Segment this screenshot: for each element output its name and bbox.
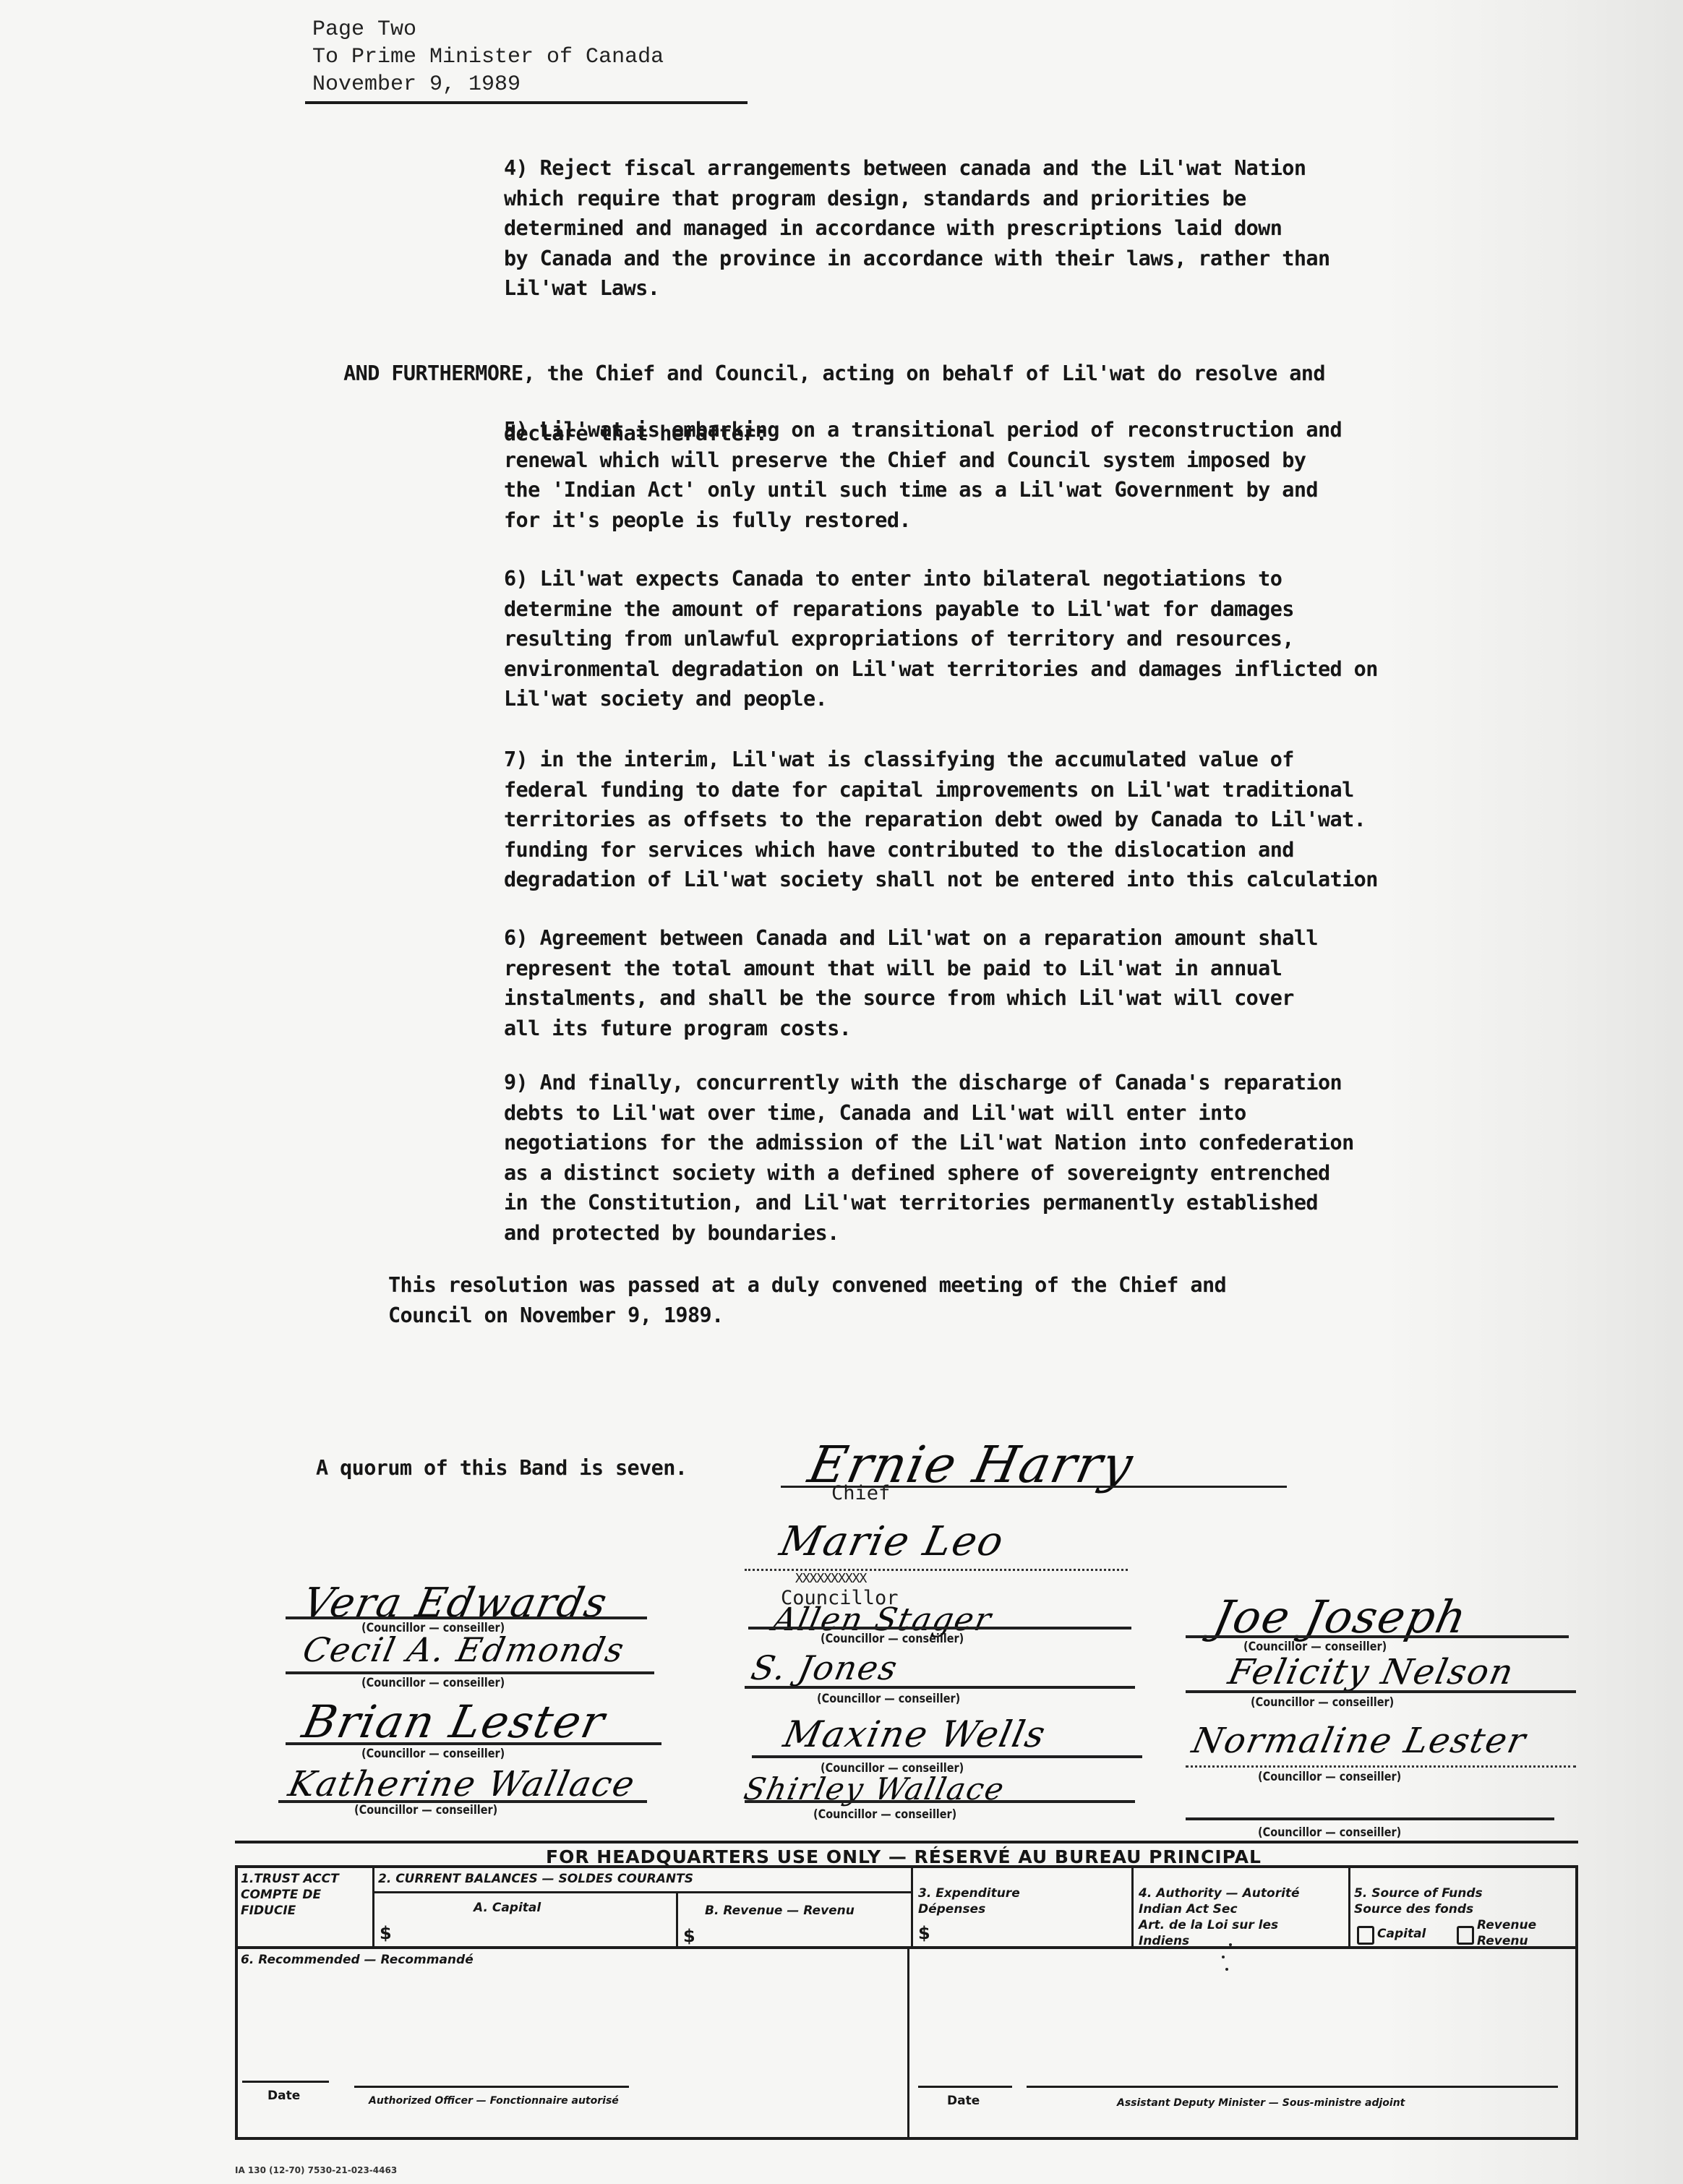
current-balances-label: 2. CURRENT BALANCES — SOLDES COURANTS — [378, 1871, 693, 1887]
scan-speck — [1225, 1968, 1228, 1971]
capital-checkbox[interactable] — [1357, 1926, 1374, 1945]
hq-form-title: FOR HEADQUARTERS USE ONLY — RÉSERVÉ AU B… — [546, 1846, 1262, 1867]
councillor-signature: S. Jones — [748, 1648, 902, 1687]
furthermore-lead: AND FURTHERMORE, the Chief and Council, … — [343, 361, 1325, 385]
councillor-signature-line — [286, 1616, 647, 1619]
councillor-caption: (Councillor — conseiller) — [361, 1676, 505, 1690]
revenue-label: B. Revenue — Revenu — [705, 1903, 855, 1919]
column-divider — [676, 1893, 678, 1946]
date-line — [918, 2086, 1012, 2088]
councillor-caption: (Councillor — conseiller) — [1251, 1695, 1394, 1710]
resolution-item-7: 7) in the interim, Lil'wat is classifyin… — [504, 745, 1574, 895]
resolution-item-5: 5) Lil'wat is embarking on a transitiona… — [504, 415, 1574, 535]
assistant-deputy-minister-label: Assistant Deputy Minister — Sous-ministr… — [1117, 2095, 1405, 2111]
councillor-signature: Vera Edwards — [299, 1580, 612, 1627]
recommended-label: 6. Recommended — Recommandé — [241, 1952, 474, 1968]
councillor-signature: Cecil A. Edmonds — [299, 1630, 628, 1669]
councillor-caption: (Councillor — conseiller) — [821, 1632, 964, 1646]
councillor-signature-line — [745, 1800, 1135, 1803]
capital-amount-field[interactable]: $ — [380, 1923, 392, 1943]
councillor-signature: Maxine Wells — [780, 1713, 1050, 1755]
councillor-caption: (Councillor — conseiller) — [361, 1747, 505, 1761]
councillor-signature-line — [1186, 1635, 1569, 1638]
recipient: To Prime Minister of Canada — [312, 43, 664, 71]
councillor-caption: (Councillor — conseiller) — [817, 1692, 960, 1706]
councillor-signature-line — [1186, 1690, 1576, 1693]
councillor-caption: (Councillor — conseiller) — [1258, 1770, 1401, 1784]
councillor-caption: (Councillor — conseiller) — [354, 1803, 497, 1817]
column-divider — [907, 1946, 909, 2140]
resolution-statement: This resolution was passed at a duly con… — [388, 1270, 1444, 1330]
scan-speck — [1229, 1943, 1232, 1946]
column-divider — [1131, 1865, 1134, 1946]
form-code: IA 130 (12-70) 7530-21-023-4463 — [235, 2165, 397, 2175]
date-label: Date — [947, 2093, 980, 2109]
councillor-caption: (Councillor — conseiller) — [813, 1807, 956, 1822]
resolution-item-9: 9) And finally, concurrently with the di… — [504, 1068, 1559, 1248]
expenditure-amount-field[interactable]: $ — [918, 1923, 930, 1943]
trust-account-label: 1.TRUST ACCT COMPTE DE FIDUCIE — [241, 1871, 339, 1919]
councillor-signature-line — [1186, 1765, 1576, 1768]
councillor-signature-line — [745, 1686, 1135, 1689]
authority-label: 4. Authority — Autorité Indian Act Sec A… — [1139, 1885, 1300, 1949]
date-line — [242, 2081, 329, 2083]
councillor-signature: Katherine Wallace — [285, 1764, 639, 1804]
councillor-signature-marie-leo: Marie Leo — [776, 1518, 1008, 1565]
date-label: Date — [267, 2088, 300, 2104]
letter-date: November 9, 1989 — [312, 71, 664, 98]
councillor-signature-line — [748, 1627, 1131, 1630]
column-divider — [372, 1865, 374, 1946]
expenditure-label: 3. Expenditure Dépenses — [918, 1885, 1020, 1917]
councillor-signature: Felicity Nelson — [1225, 1652, 1518, 1692]
form-top-rule — [235, 1841, 1578, 1843]
councillor-signature-line — [286, 1671, 654, 1674]
authorized-officer-label: Authorized Officer — Fonctionnaire autor… — [369, 2093, 619, 2109]
revenue-option-label: Revenue Revenu — [1477, 1917, 1536, 1949]
column-divider — [911, 1865, 913, 1946]
capital-label: A. Capital — [474, 1900, 541, 1916]
page-header: Page Two To Prime Minister of Canada Nov… — [312, 16, 664, 98]
councillor-caption: (Councillor — conseiller) — [1258, 1825, 1401, 1840]
resolution-item-8: 6) Agreement between Canada and Lil'wat … — [504, 923, 1574, 1043]
chief-caption: Chief — [831, 1482, 890, 1504]
scan-speck — [1222, 1956, 1225, 1958]
councillor-signature: Normaline Lester — [1189, 1721, 1530, 1761]
struck-out-text: XXXXXXXXXX — [795, 1571, 866, 1586]
headquarters-use-form: FOR HEADQUARTERS USE ONLY — RÉSERVÉ AU B… — [235, 1865, 1580, 2154]
resolution-item-4: 4) Reject fiscal arrangements between ca… — [504, 153, 1574, 304]
quorum-statement: A quorum of this Band is seven. — [316, 1453, 687, 1483]
assistant-deputy-minister-line — [1027, 2086, 1558, 2088]
revenue-amount-field[interactable]: $ — [683, 1926, 695, 1946]
councillor-signature-line — [752, 1755, 1142, 1758]
revenue-checkbox[interactable] — [1457, 1926, 1474, 1945]
councillor-signature-line-blank — [1186, 1817, 1554, 1820]
header-underline — [305, 101, 748, 104]
resolution-item-6: 6) Lil'wat expects Canada to enter into … — [504, 564, 1574, 714]
column-divider — [1348, 1865, 1350, 1946]
authorized-officer-line — [354, 2086, 629, 2088]
row-divider — [372, 1891, 911, 1893]
row-divider — [235, 1946, 1578, 1949]
capital-option-label: Capital — [1377, 1926, 1426, 1942]
page-label: Page Two — [312, 16, 664, 43]
councillor-signature-line — [286, 1742, 661, 1745]
source-of-funds-label: 5. Source of Funds Source des fonds — [1354, 1885, 1483, 1917]
councillor-signature: Brian Lester — [298, 1695, 610, 1748]
